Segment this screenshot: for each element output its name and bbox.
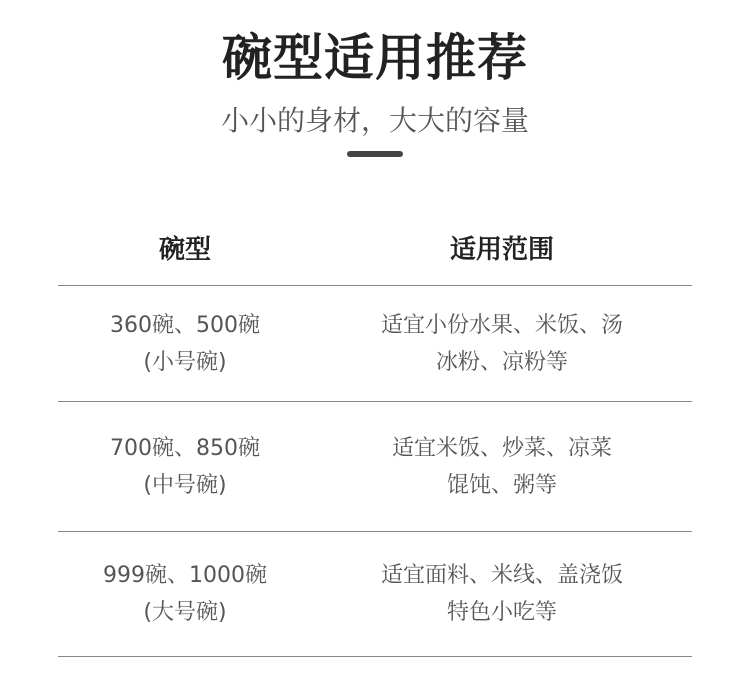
- column-header-bowl-type: 碗型: [58, 229, 312, 266]
- accent-divider-bar: [347, 151, 403, 157]
- bowl-sizes: 700碗、850碗: [58, 430, 312, 467]
- bowl-size-label: (小号碗): [58, 344, 312, 381]
- usage-line-2: 馄饨、粥等: [312, 467, 692, 504]
- bowl-type-cell: 999碗、1000碗 (大号碗): [58, 557, 312, 631]
- table-divider: [58, 656, 692, 657]
- usage-line-2: 冰粉、凉粉等: [312, 344, 692, 381]
- bowl-size-label: (大号碗): [58, 594, 312, 631]
- bowl-recommendation-table: 碗型 适用范围 360碗、500碗 (小号碗) 适宜小份水果、米饭、汤 冰粉、凉…: [58, 210, 692, 657]
- page-title: 碗型适用推荐: [0, 28, 750, 88]
- usage-line-1: 适宜小份水果、米饭、汤: [312, 307, 692, 344]
- bowl-size-label: (中号碗): [58, 467, 312, 504]
- bowl-type-cell: 360碗、500碗 (小号碗): [58, 307, 312, 381]
- usage-cell: 适宜小份水果、米饭、汤 冰粉、凉粉等: [312, 307, 692, 381]
- table-row: 700碗、850碗 (中号碗) 适宜米饭、炒菜、凉菜 馄饨、粥等: [58, 402, 692, 531]
- usage-cell: 适宜米饭、炒菜、凉菜 馄饨、粥等: [312, 430, 692, 504]
- usage-line-1: 适宜面料、米线、盖浇饭: [312, 557, 692, 594]
- bowl-type-cell: 700碗、850碗 (中号碗): [58, 430, 312, 504]
- column-header-usage: 适用范围: [312, 229, 692, 266]
- page-subtitle: 小小的身材，大大的容量: [0, 103, 750, 139]
- bowl-sizes: 999碗、1000碗: [58, 557, 312, 594]
- usage-line-2: 特色小吃等: [312, 594, 692, 631]
- table-header-row: 碗型 适用范围: [58, 210, 692, 285]
- bowl-sizes: 360碗、500碗: [58, 307, 312, 344]
- table-row: 999碗、1000碗 (大号碗) 适宜面料、米线、盖浇饭 特色小吃等: [58, 532, 692, 656]
- table-row: 360碗、500碗 (小号碗) 适宜小份水果、米饭、汤 冰粉、凉粉等: [58, 286, 692, 401]
- usage-line-1: 适宜米饭、炒菜、凉菜: [312, 430, 692, 467]
- usage-cell: 适宜面料、米线、盖浇饭 特色小吃等: [312, 557, 692, 631]
